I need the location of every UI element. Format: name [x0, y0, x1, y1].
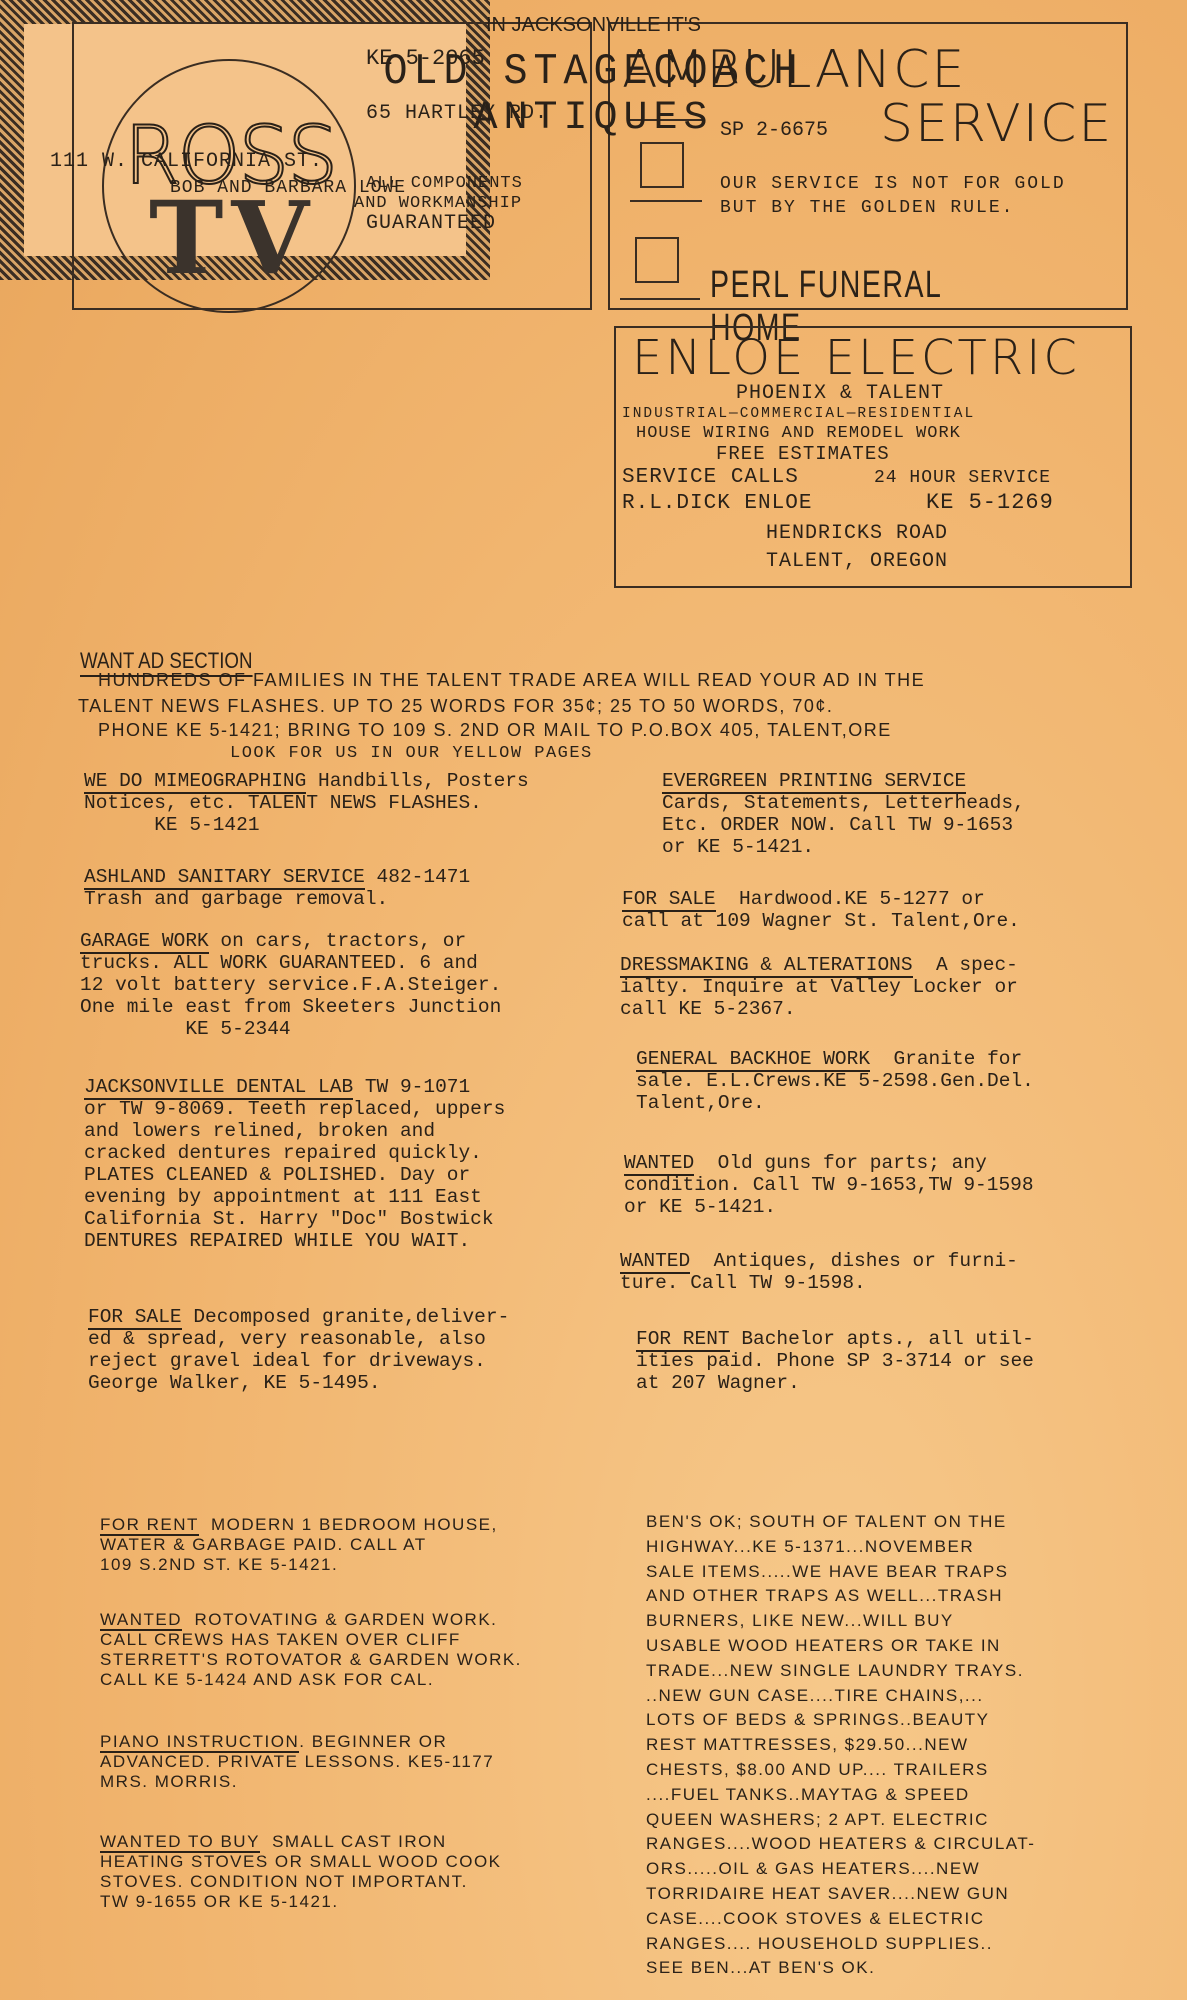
enloe-line: 24 HOUR SERVICE [874, 468, 1051, 488]
classified-ad: DRESSMAKING & ALTERATIONS A spec- ialty.… [620, 954, 1018, 1020]
ad-body: Cards, Statements, Letterheads, Etc. ORD… [662, 792, 1025, 858]
stagecoach-owners: BOB AND BARBARA LOWE [170, 178, 406, 198]
ad-heading: WANTED TO BUY [100, 1832, 260, 1853]
enloe-line: INDUSTRIAL—COMMERCIAL—RESIDENTIAL [622, 406, 975, 422]
stagecoach-name-1: OLD STAGECOACH [0, 48, 1187, 98]
ad-heading: FOR SALE [88, 1306, 182, 1330]
classified-ad: FOR SALE Hardwood.KE 5-1277 or call at 1… [622, 888, 1020, 932]
stagecoach-intro: IN JACKSONVILLE IT'S [0, 14, 1187, 37]
classified-ad: ASHLAND SANITARY SERVICE 482-1471 Trash … [84, 866, 470, 910]
enloe-title: ENLOE ELECTRIC [632, 330, 1080, 386]
classified-ad: EVERGREEN PRINTING SERVICE Cards, Statem… [662, 770, 1025, 858]
stagecoach-address: 111 W. CALIFORNIA ST. [50, 150, 323, 173]
classified-ad: PIANO INSTRUCTION. BEGINNER OR ADVANCED.… [100, 1732, 494, 1792]
ad-heading: WE DO MIMEOGRAPHING [84, 770, 306, 794]
want-ad-intro-line: TALENT NEWS FLASHES. UP TO 25 WORDS FOR … [78, 696, 833, 717]
classified-ad: WANTED ROTOVATING & GARDEN WORK. CALL CR… [100, 1610, 522, 1690]
classified-ad: WANTED TO BUY SMALL CAST IRON HEATING ST… [100, 1832, 502, 1912]
motto-line: OUR SERVICE IS NOT FOR GOLD [720, 172, 1066, 196]
square-icon [635, 237, 679, 283]
classified-ad: GENERAL BACKHOE WORK Granite for sale. E… [636, 1048, 1034, 1114]
enloe-line: PHOENIX & TALENT [736, 382, 944, 405]
ambulance-motto: OUR SERVICE IS NOT FOR GOLD BUT BY THE G… [720, 172, 1066, 220]
enloe-line: HENDRICKS ROAD [766, 522, 948, 545]
classified-ad: WANTED Old guns for parts; any condition… [624, 1152, 1034, 1218]
ad-heading: PIANO INSTRUCTION [100, 1732, 299, 1753]
divider [630, 200, 702, 202]
ad-heading: FOR RENT [636, 1328, 730, 1352]
enloe-line: FREE ESTIMATES [716, 443, 890, 465]
classified-ad: FOR SALE Decomposed granite,deliver- ed … [88, 1306, 509, 1394]
classified-ad: FOR RENT MODERN 1 BEDROOM HOUSE, WATER &… [100, 1515, 498, 1575]
enloe-line: TALENT, OREGON [766, 550, 948, 573]
ad-heading: WANTED [620, 1250, 690, 1274]
ad-heading: ASHLAND SANITARY SERVICE [84, 866, 365, 890]
ad-heading: FOR RENT [100, 1515, 199, 1536]
classified-ad: GARAGE WORK on cars, tractors, or trucks… [80, 930, 501, 1040]
bens-ok-ad: BEN'S OK; SOUTH OF TALENT ON THE HIGHWAY… [646, 1510, 1035, 1981]
want-ad-intro-line: HUNDREDS OF FAMILIES IN THE TALENT TRADE… [98, 670, 925, 691]
square-icon [640, 142, 684, 188]
enloe-line: KE 5-1269 [926, 490, 1054, 515]
want-ad-intro-line: LOOK FOR US IN OUR YELLOW PAGES [230, 744, 593, 763]
ad-heading: JACKSONVILLE DENTAL LAB [84, 1076, 353, 1100]
classified-ad: WANTED Antiques, dishes or furni- ture. … [620, 1250, 1018, 1294]
divider [620, 298, 700, 300]
ad-body: TW 9-1071 or TW 9-8069. Teeth replaced, … [84, 1076, 505, 1252]
enloe-line: R.L.DICK ENLOE [622, 492, 812, 515]
ad-heading: EVERGREEN PRINTING SERVICE [662, 770, 966, 794]
motto-line: BUT BY THE GOLDEN RULE. [720, 196, 1066, 220]
want-ad-intro-line: PHONE KE 5-1421; BRING TO 109 S. 2ND OR … [98, 720, 892, 741]
ad-heading: DRESSMAKING & ALTERATIONS [620, 954, 913, 978]
classified-ad: FOR RENT Bachelor apts., all util- ities… [636, 1328, 1034, 1394]
classified-ad: WE DO MIMEOGRAPHING Handbills, Posters N… [84, 770, 529, 836]
tagline-line: GUARANTEED [354, 214, 523, 234]
enloe-line: SERVICE CALLS [622, 466, 799, 489]
ad-heading: GARAGE WORK [80, 930, 209, 954]
ad-heading: WANTED [624, 1152, 694, 1176]
classified-ad: JACKSONVILLE DENTAL LAB TW 9-1071 or TW … [84, 1076, 505, 1252]
stagecoach-name-2: ANTIQUES [0, 96, 1187, 141]
enloe-line: HOUSE WIRING AND REMODEL WORK [636, 424, 961, 443]
ad-heading: WANTED [100, 1610, 182, 1631]
enloe-electric-ad: ENLOE ELECTRIC PHOENIX & TALENT INDUSTRI… [614, 326, 1132, 588]
ad-heading: FOR SALE [622, 888, 716, 912]
ad-heading: GENERAL BACKHOE WORK [636, 1048, 870, 1072]
